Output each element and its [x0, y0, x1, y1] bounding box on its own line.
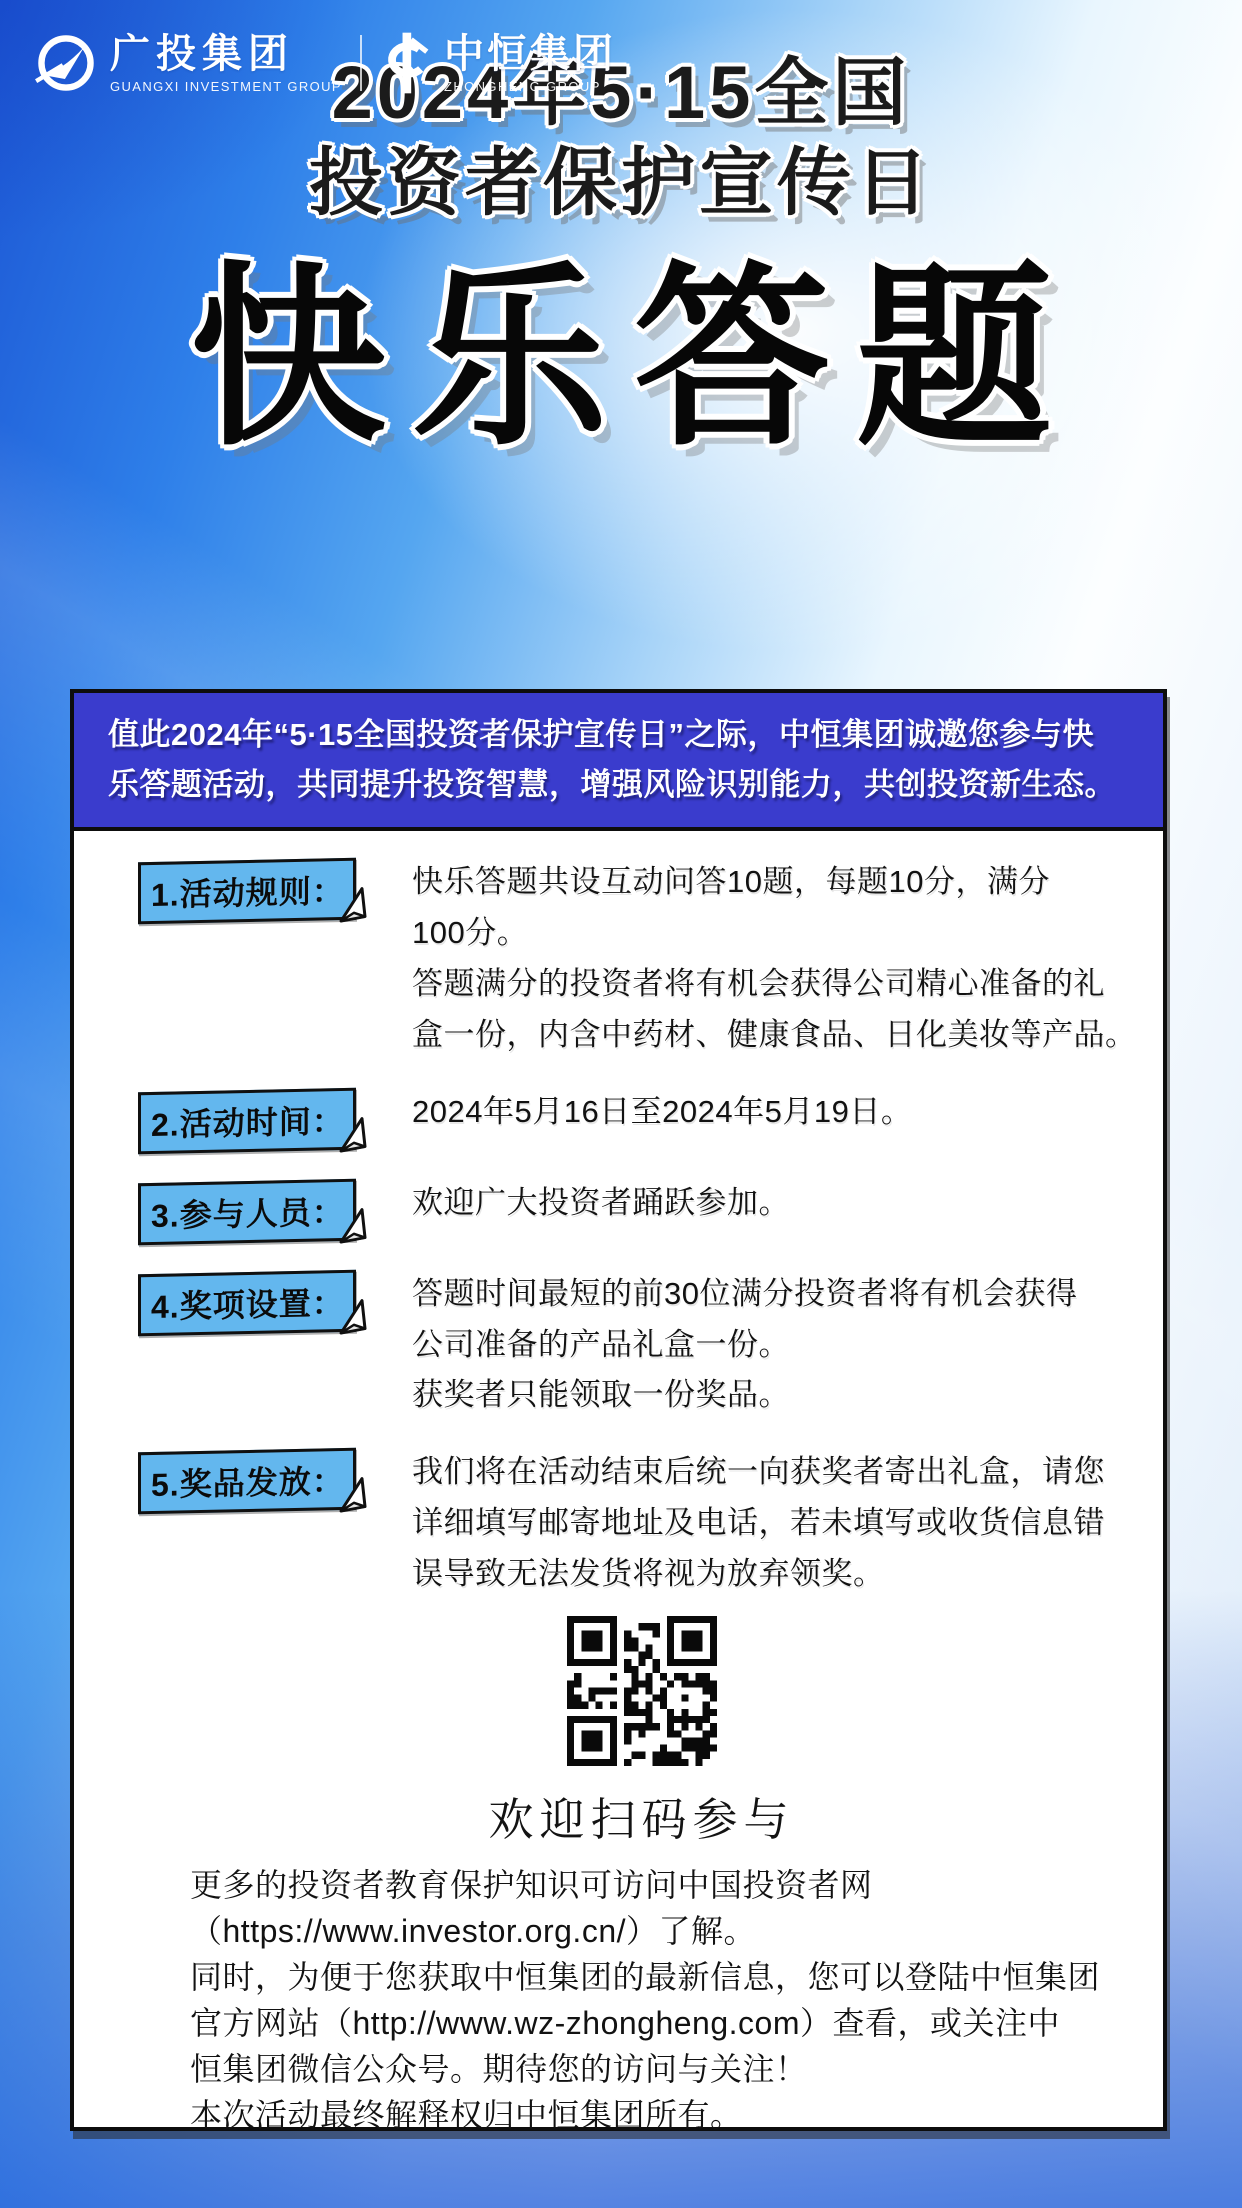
label-fold-icon — [337, 1206, 369, 1245]
guangxi-logo-cn: 广投集团 — [110, 33, 342, 75]
content-card: 值此2024年“5·15全国投资者保护宣传日”之际，中恒集团诚邀您参与快 乐答题… — [70, 689, 1167, 2131]
zhongheng-logo-en: ZHONGHENG GROUP — [444, 79, 616, 94]
guangxi-logo-en: GUANGXI INVESTMENT GROUP — [110, 79, 342, 94]
label-fold-icon — [337, 1297, 369, 1336]
section-participants-body: 欢迎广大投资者踊跃参加。 — [412, 1178, 1145, 1229]
section-participants-label: 3.参与人员： — [138, 1178, 356, 1245]
section-awards-label-wrap: 4.奖项设置： — [138, 1272, 378, 1334]
section-rules: 1.活动规则： 快乐答题共设互动问答10题，每题10分，满分 100分。 答题满… — [138, 857, 1145, 1060]
footer-notes: 更多的投资者教育保护知识可访问中国投资者网 （https://www.inves… — [190, 1862, 1121, 2138]
section-rules-label-wrap: 1.活动规则： — [138, 860, 378, 922]
section-delivery-body: 我们将在活动结束后统一向获奖者寄出礼盒，请您 详细填写邮寄地址及电话，若未填写或… — [412, 1447, 1145, 1599]
guangxi-logo-icon — [34, 31, 98, 95]
logo-divider — [360, 35, 362, 91]
label-fold-icon — [337, 886, 369, 925]
section-awards-label: 4.奖项设置： — [138, 1269, 356, 1336]
section-participants-label-wrap: 3.参与人员： — [138, 1181, 378, 1243]
label-fold-icon — [337, 1476, 369, 1515]
section-rules-body: 快乐答题共设互动问答10题，每题10分，满分 100分。 答题满分的投资者将有机… — [412, 857, 1145, 1060]
section-time-label: 2.活动时间： — [138, 1087, 356, 1154]
header-logo-bar: 广投集团 GUANGXI INVESTMENT GROUP 中恒集团 ZHONG… — [34, 30, 616, 96]
guangxi-group-logo: 广投集团 GUANGXI INVESTMENT GROUP — [34, 31, 342, 95]
section-time-label-wrap: 2.活动时间： — [138, 1090, 378, 1152]
section-time-body: 2024年5月16日至2024年5月19日。 — [412, 1087, 1145, 1138]
zhongheng-logo-cn: 中恒集团 — [444, 33, 616, 75]
qr-caption: 欢迎扫码参与 — [138, 1783, 1145, 1848]
card-content: 1.活动规则： 快乐答题共设互动问答10题，每题10分，满分 100分。 答题满… — [74, 857, 1163, 2138]
intro-banner: 值此2024年“5·15全国投资者保护宣传日”之际，中恒集团诚邀您参与快 乐答题… — [74, 693, 1163, 831]
section-awards: 4.奖项设置： 答题时间最短的前30位满分投资者将有机会获得 公司准备的产品礼盒… — [138, 1269, 1145, 1421]
section-delivery-label-wrap: 5.奖品发放： — [138, 1450, 378, 1512]
poster: { "header": { "logo1": { "name": "广投集团",… — [0, 0, 1242, 2208]
zhongheng-group-logo: 中恒集团 ZHONGHENG GROUP — [380, 30, 616, 96]
section-rules-label-text: 1.活动规则： — [151, 873, 345, 913]
guangxi-logo-text: 广投集团 GUANGXI INVESTMENT GROUP — [110, 33, 342, 94]
label-fold-icon — [337, 1115, 369, 1154]
qr-code-image — [567, 1616, 717, 1766]
section-rules-label: 1.活动规则： — [138, 858, 356, 925]
zhongheng-logo-icon — [380, 30, 432, 96]
event-subtitle-line2: 投资者保护宣传日 — [0, 138, 1242, 228]
section-awards-body: 答题时间最短的前30位满分投资者将有机会获得 公司准备的产品礼盒一份。 获奖者只… — [412, 1269, 1145, 1421]
zhongheng-logo-text: 中恒集团 ZHONGHENG GROUP — [444, 33, 616, 94]
section-delivery-label: 5.奖品发放： — [138, 1448, 356, 1515]
main-title: 快乐答题 — [0, 261, 1242, 457]
section-delivery-label-text: 5.奖品发放： — [151, 1463, 345, 1503]
section-awards-label-text: 4.奖项设置： — [151, 1285, 345, 1325]
section-participants: 3.参与人员： 欢迎广大投资者踊跃参加。 — [138, 1178, 1145, 1243]
section-time-label-text: 2.活动时间： — [151, 1103, 345, 1143]
section-time: 2.活动时间： 2024年5月16日至2024年5月19日。 — [138, 1087, 1145, 1152]
section-delivery: 5.奖品发放： 我们将在活动结束后统一向获奖者寄出礼盒，请您 详细填写邮寄地址及… — [138, 1447, 1145, 1599]
section-participants-label-text: 3.参与人员： — [151, 1194, 345, 1234]
intro-banner-text: 值此2024年“5·15全国投资者保护宣传日”之际，中恒集团诚邀您参与快 乐答题… — [108, 710, 1129, 810]
qr-code — [138, 1616, 1145, 1771]
